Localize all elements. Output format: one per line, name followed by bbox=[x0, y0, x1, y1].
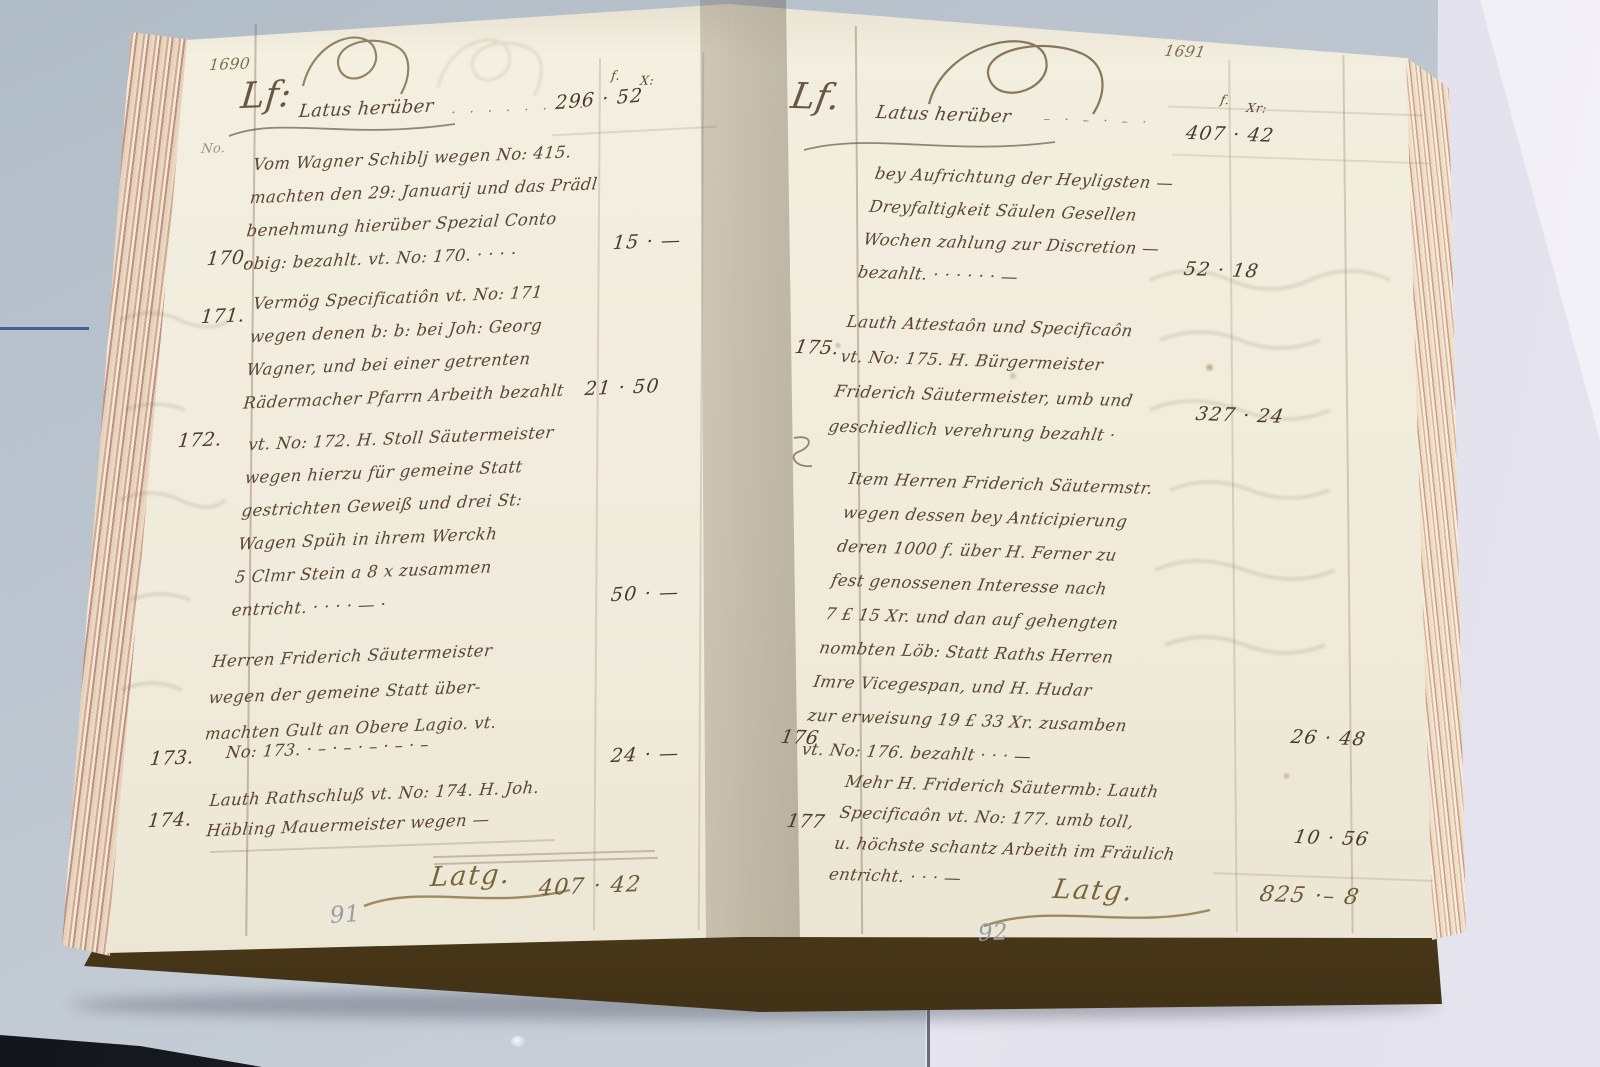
entry-amount: 52 · 18 bbox=[1182, 258, 1261, 282]
entry-amount: 327 · 24 bbox=[1194, 403, 1286, 428]
entry-number: 176 bbox=[779, 726, 820, 749]
column-header-kreuzer: Xr: bbox=[1245, 100, 1268, 116]
latus-amount: 407 · 42 bbox=[1184, 122, 1276, 147]
year-heading: 1690 bbox=[208, 54, 251, 74]
underline-swash-icon bbox=[800, 128, 1060, 160]
flourish-icon bbox=[295, 24, 415, 106]
table-seam-line bbox=[0, 327, 89, 330]
entry-amount: 10 · 56 bbox=[1292, 826, 1371, 850]
ghost-flourish-icon bbox=[430, 26, 548, 108]
pencil-page-number: 91 bbox=[329, 901, 361, 929]
small-pebble bbox=[511, 1036, 526, 1047]
page-total-label: Latg. bbox=[429, 859, 513, 893]
stain-spot bbox=[1282, 772, 1291, 780]
ledger-entry-text: vt. No: 172. H. Stoll Säutermeister wege… bbox=[230, 412, 650, 627]
entry-number: 175. bbox=[793, 336, 841, 359]
year-heading: 1691 bbox=[1163, 42, 1207, 61]
entry-number: 173. bbox=[149, 746, 195, 770]
entry-number: 170. bbox=[206, 246, 252, 270]
latus-initial: Lf: bbox=[239, 74, 294, 117]
entry-number: 172. bbox=[177, 428, 223, 452]
entry-amount: 50 · — bbox=[610, 581, 681, 606]
entry-number: 174. bbox=[147, 808, 193, 832]
page-total-amount: 825 ·– 8 bbox=[1258, 882, 1362, 910]
ledger-entry-text: Vom Wagner Schiblj wegen No: 415. machte… bbox=[242, 132, 655, 281]
entry-amount: 26 · 48 bbox=[1289, 726, 1368, 750]
margin-mark: No. bbox=[200, 141, 226, 157]
photo-scene: 1690 Lf: No. Latus herüber · · · · · · ·… bbox=[0, 0, 1600, 1067]
ledger-entry-text: Item Herren Friderich Säutermstr. wegen … bbox=[799, 462, 1252, 780]
page-total-amount: 407 · 42 bbox=[537, 872, 642, 901]
entry-amount: 15 · — bbox=[612, 229, 683, 254]
entry-number: 177 bbox=[785, 810, 826, 833]
entry-amount: 21 · 50 bbox=[584, 375, 661, 400]
ledger-entry-text: Mehr H. Friderich Säutermb: Lauth Specif… bbox=[826, 766, 1247, 903]
column-header-florin: f. bbox=[610, 68, 620, 83]
ledger-entry-text: Lauth Attestaôn und Specificaôn vt. No: … bbox=[826, 304, 1250, 457]
page-total-label: Latg. bbox=[1051, 874, 1137, 908]
pencil-page-number: 92 bbox=[977, 919, 1008, 947]
entry-amount: 24 · — bbox=[610, 742, 681, 767]
latus-initial: Lf. bbox=[788, 76, 844, 118]
entry-number: 171. bbox=[200, 304, 246, 328]
latus-label: Latus herüber bbox=[874, 102, 1012, 127]
paragraph-mark-icon bbox=[786, 432, 820, 472]
